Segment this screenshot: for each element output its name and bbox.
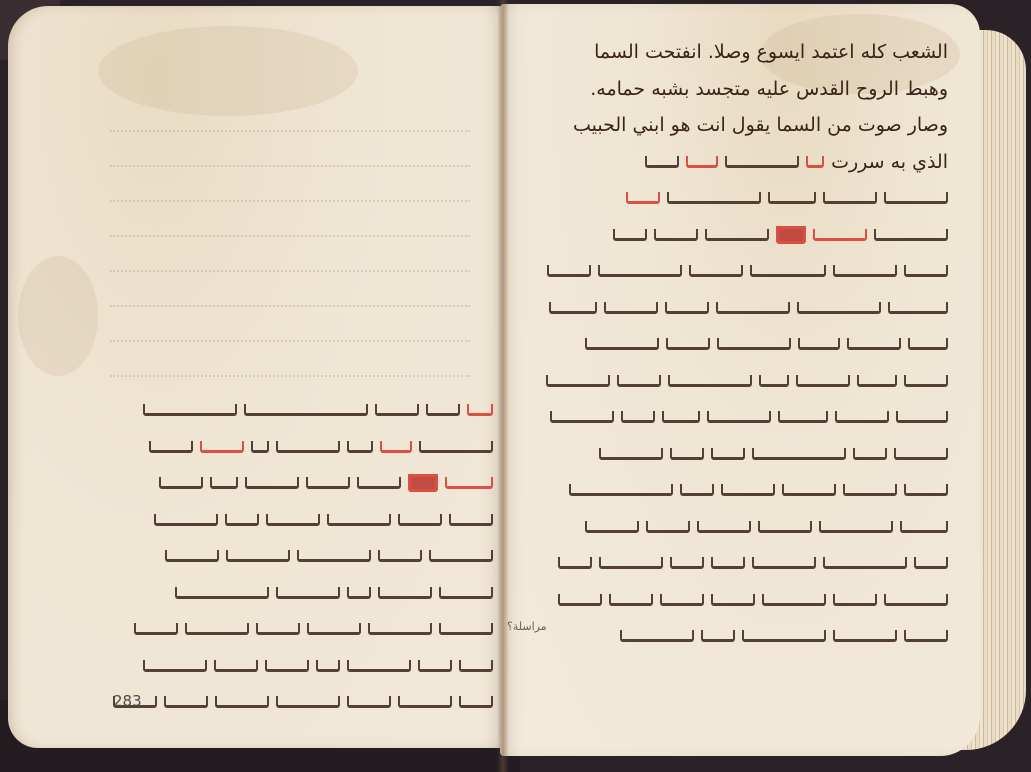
syriac-line bbox=[518, 436, 948, 473]
arabic-line-2: وهبط الروح القدس عليه متجسد بشبه حمامه. bbox=[518, 71, 948, 108]
syriac-line bbox=[518, 399, 948, 436]
left-page-text bbox=[108, 392, 493, 721]
syriac-line bbox=[518, 618, 948, 655]
arabic-line-3: وصار صوت من السما يقول انت هو ابني الحبي… bbox=[518, 107, 948, 144]
syriac-line bbox=[518, 180, 948, 217]
syriac-line bbox=[518, 545, 948, 582]
syriac-line bbox=[108, 502, 493, 539]
syriac-line bbox=[518, 472, 948, 509]
syriac-line bbox=[518, 290, 948, 327]
syriac-line bbox=[108, 429, 493, 466]
mixed-line-4: الذي به سررت bbox=[518, 144, 948, 181]
syriac-line bbox=[518, 326, 948, 363]
rubric-mark bbox=[806, 156, 824, 168]
syriac-line bbox=[518, 582, 948, 619]
syriac-line bbox=[108, 648, 493, 685]
syriac-line bbox=[108, 575, 493, 612]
syriac-line bbox=[108, 465, 493, 502]
water-stain bbox=[18, 256, 98, 376]
syriac-line bbox=[108, 684, 493, 721]
syriac-line bbox=[518, 363, 948, 400]
syriac-line bbox=[108, 392, 493, 429]
right-page-text: الشعب كله اعتمد ايسوع وصلا. انفتحت السما… bbox=[518, 34, 948, 655]
show-through-text bbox=[110, 100, 470, 380]
syriac-line bbox=[518, 509, 948, 546]
syriac-line bbox=[108, 538, 493, 575]
margin-note: مراسلة؟ bbox=[507, 620, 547, 633]
folio-number: 283 bbox=[113, 692, 142, 710]
syriac-word bbox=[645, 156, 679, 168]
gutter-fold bbox=[497, 0, 509, 772]
manuscript-photo: الشعب كله اعتمد ايسوع وصلا. انفتحت السما… bbox=[0, 0, 1031, 772]
syriac-word bbox=[725, 156, 799, 168]
syriac-line bbox=[108, 611, 493, 648]
rubric-word bbox=[686, 156, 718, 168]
syriac-line bbox=[518, 217, 948, 254]
arabic-line-1: الشعب كله اعتمد ايسوع وصلا. انفتحت السما bbox=[518, 34, 948, 71]
syriac-line bbox=[518, 253, 948, 290]
